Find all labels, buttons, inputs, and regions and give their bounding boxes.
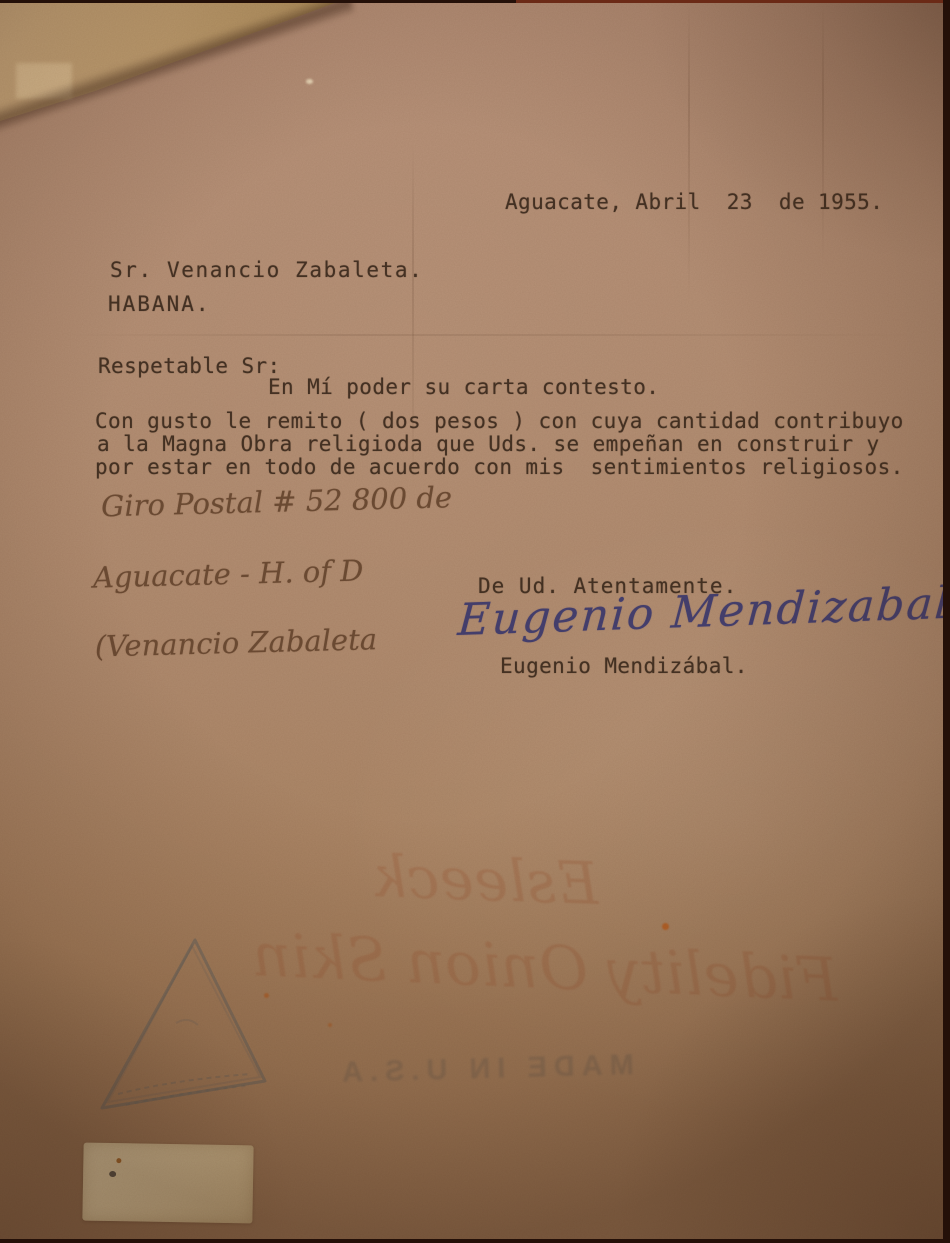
body-line: Con gusto le remito ( dos pesos ) con cu… <box>95 410 904 433</box>
salutation: Respetable Sr: <box>98 355 281 378</box>
tape-speck <box>116 1158 121 1163</box>
rust-stain <box>662 923 669 930</box>
opening-line: En Mí poder su carta contesto. <box>268 376 659 399</box>
triangle-stamp-icon <box>78 928 293 1143</box>
handwritten-note: Giro Postal # 52 800 de Aguacate - H. of… <box>91 480 445 591</box>
handwritten-line: (Venancio Zabaleta <box>94 620 446 663</box>
letter-paper: Esleeck Fidelity Onion Skin MADE IN U.S.… <box>0 3 943 1239</box>
dateline: Aguacate, Abril 23 de 1955. <box>505 191 883 214</box>
body-line: por estar en todo de acuerdo con mis sen… <box>95 456 904 479</box>
handwritten-line: Giro Postal # 52 800 de <box>101 480 453 523</box>
rust-stain <box>264 993 269 998</box>
rust-stain <box>328 1023 332 1027</box>
horizontal-crease <box>60 334 920 336</box>
body-line: a la Magna Obra religioda que Uds. se em… <box>97 433 880 456</box>
vertical-crease <box>688 3 690 303</box>
city-line: HABANA. <box>108 293 211 316</box>
scanned-letter: Esleeck Fidelity Onion Skin MADE IN U.S.… <box>0 0 950 1243</box>
tape-speck <box>109 1171 116 1177</box>
watermark-brand-script: Esleeck <box>371 842 600 918</box>
paper-chip <box>306 79 313 84</box>
handwritten-line: Aguacate - H. of D <box>93 551 445 594</box>
signature-typed: Eugenio Mendizábal. <box>500 655 748 678</box>
watermark-product-script: Fidelity Onion Skin <box>251 920 840 1016</box>
watermark-made-in-usa: MADE IN U.S.A <box>335 1049 635 1090</box>
tape-remnant <box>82 1143 253 1224</box>
recipient-line: Sr. Venancio Zabaleta. <box>110 259 423 282</box>
vertical-crease <box>822 3 824 263</box>
